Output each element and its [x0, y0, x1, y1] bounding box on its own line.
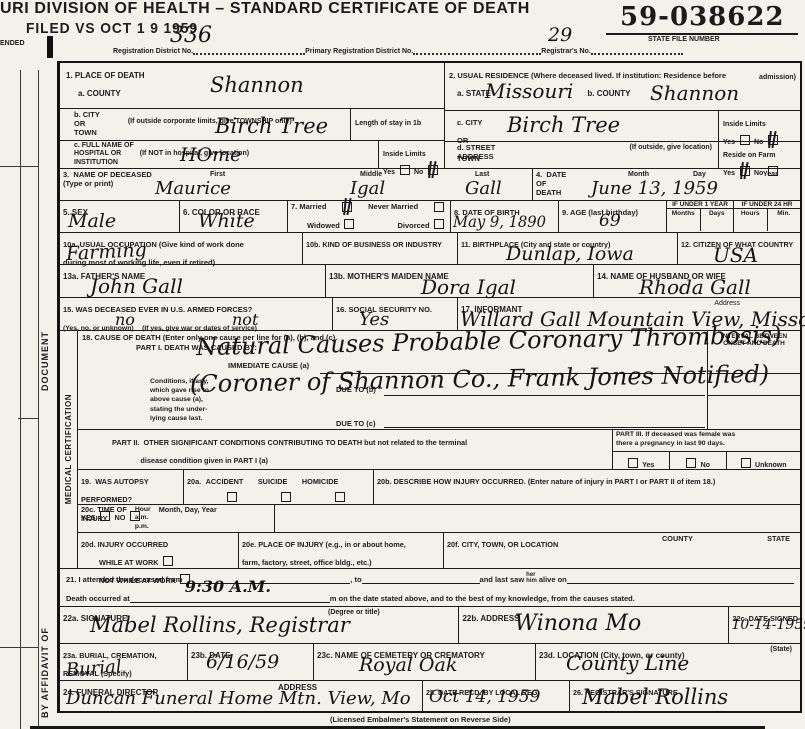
injury-state-label: STATE	[767, 535, 790, 544]
autopsy-title: 19. WAS AUTOPSY PERFORMED?	[81, 477, 149, 504]
checkbox-pregnancy-unknown[interactable]	[741, 458, 751, 468]
embalmer-note: (Licensed Embalmer's Statement on Revers…	[330, 715, 511, 724]
last-name-value: Gall	[465, 180, 502, 198]
birthplace-value: Dunlap, Iowa	[506, 245, 634, 264]
margin-bar	[47, 36, 53, 58]
middle-name-value: Igal	[350, 180, 385, 198]
hour-ampm-label: Hour a.m. p.m.	[135, 506, 151, 532]
margin-line-outer	[20, 70, 21, 729]
registrar-no-label: Registrar's No.	[541, 48, 591, 55]
margin-line-inner	[38, 70, 39, 729]
district-number-handwritten: 336	[170, 25, 212, 47]
section-sex: 5. SEX Male	[60, 201, 180, 232]
her-him-label: herhim	[526, 573, 537, 584]
section-attended: 21. I attended the deceased from , to an…	[60, 569, 800, 606]
divorced-label: Divorced	[397, 221, 429, 230]
place-of-death-title: 1. PLACE OF DEATH	[66, 71, 145, 80]
residence-city-value: Birch Tree	[507, 115, 620, 136]
section-registrar-signature: 26. REGISTRAR'S SIGNATURE Mabel Rollins	[570, 681, 800, 711]
state-file-underline	[606, 33, 798, 35]
armed-forces-title: 15. WAS DECEASED EVER IN U.S. ARMED FORC…	[63, 305, 252, 314]
sig-address-title: 22b. ADDRESS	[462, 614, 519, 623]
row-autopsy-injury: 19. WAS AUTOPSY PERFORMED? YES NO 20a. A…	[78, 470, 800, 505]
primary-district-blank	[413, 45, 541, 55]
section-burial: 23a. BURIAL, CREMATION, REMOVAL (Specify…	[60, 644, 188, 680]
section-birthplace: 11. BIRTHPLACE (City and state or countr…	[458, 233, 678, 264]
dod-month-label: Month	[628, 171, 649, 178]
section-burial-date: 23b. DATE 6/16/59	[188, 644, 314, 680]
registrar-signature-value: Mabel Rollins	[582, 687, 728, 708]
section-date-signed: 22c. DATE SIGNED 10-14-1959	[729, 607, 800, 643]
while-at-work-label: WHILE AT WORK	[99, 558, 159, 567]
section-how-injury: 20b. DESCRIBE HOW INJURY OCCURRED. (Ente…	[374, 470, 800, 504]
row-attended: 21. I attended the deceased from , to an…	[60, 569, 800, 607]
attended-from-label: 21. I attended the deceased from	[66, 575, 182, 584]
reg-district-label: Registration District No.	[113, 48, 193, 55]
informant-address-label: Address	[714, 300, 740, 307]
row-parents: 13a. FATHER'S NAME John Gall 13b. MOTHER…	[60, 265, 800, 298]
section-accident-suicide-homicide: 20a. ACCIDENT SUICIDE HOMICIDE	[184, 470, 374, 504]
section-age: 9. AGE (last birthday) 69	[559, 201, 667, 232]
section-part3: PART III. If deceased was female was the…	[613, 430, 800, 469]
alive-on-blank	[567, 574, 794, 584]
margin-tick-3	[0, 647, 38, 648]
injury-occurred-label: 20d. INJURY OCCURRED	[81, 540, 168, 549]
checkbox-while-at-work[interactable]	[163, 556, 173, 566]
row-name-dod: 3. NAME OF DECEASED (Type or print) Firs…	[60, 169, 800, 201]
date-received-value: Oct 14, 1959	[429, 689, 540, 706]
armed-forces-v2: not	[232, 312, 258, 328]
primary-district-label: Primary Registration District No.	[305, 48, 413, 55]
section-time-of-injury: 20c. TIME OF INJURY Hour a.m. p.m. Month…	[78, 505, 275, 532]
section-under-1-year: IF UNDER 1 YEAR Months Days	[667, 201, 734, 232]
section-part2: PART II. OTHER SIGNIFICANT CONDITIONS CO…	[78, 430, 613, 469]
attended-to-blank	[362, 574, 480, 584]
section-date-of-death: 4. DATE OF DEATH Month Day Year June 13,…	[533, 169, 800, 200]
section-place-of-injury: 20e. PLACE OF INJURY (e.g., in or about …	[239, 533, 444, 568]
place-hospital-label: c. FULL NAME OF HOSPITAL OR INSTITUTION	[74, 142, 134, 167]
section-date-received: 25. DATE RECD. BY LOCAL REG. Oct 14, 195…	[423, 681, 570, 711]
medical-certification-label: MEDICAL CERTIFICATION	[64, 394, 73, 504]
place-county-value: Shannon	[210, 75, 304, 96]
residence-county-value: Shannon	[650, 83, 739, 103]
never-married-label: Never Married	[368, 202, 418, 212]
row-injury-location: 20d. INJURY OCCURRED WHILE AT WORK NOT W…	[78, 533, 800, 569]
place-hospital-value: HOme	[180, 146, 241, 165]
sex-value: Male	[68, 212, 116, 231]
under-24-hr-label: IF UNDER 24 HR	[734, 201, 800, 209]
funeral-director-value: Duncan Funeral Home Mtn. View, Mo	[66, 690, 411, 708]
section-injury-city: 20f. CITY, TOWN, OR LOCATION COUNTY STAT…	[444, 533, 800, 568]
signature-value: Mabel Rollins, Registrar	[90, 615, 350, 636]
section-under-24-hr: IF UNDER 24 HR Hours Min.	[734, 201, 800, 232]
dod-title: 4. DATE OF DEATH	[536, 170, 566, 197]
section-time-injury-blank	[275, 505, 800, 532]
ssn-value: Yes	[359, 311, 389, 329]
certificate-title: URI DIVISION OF HEALTH – STANDARD CERTIF…	[0, 0, 600, 18]
residence-state-value: Missouri	[485, 81, 573, 101]
widowed-label: Widowed	[307, 221, 340, 230]
days-label: Days	[701, 209, 734, 231]
section-cemetery-location: 23d. LOCATION (City, town, or county) (S…	[536, 644, 800, 680]
pregnancy-unknown-label: Unknown	[755, 462, 787, 469]
industry-title: 10b. KIND OF BUSINESS OR INDUSTRY	[306, 240, 442, 249]
age-value: 69	[599, 213, 621, 230]
checkbox-divorced[interactable]	[434, 219, 444, 229]
residence-title2: admission)	[759, 74, 796, 81]
reside-on-farm-label: Reside on Farm	[723, 152, 776, 159]
part2-title: PART II. OTHER SIGNIFICANT CONDITIONS CO…	[112, 438, 467, 465]
death-time-value: 9:30 A.M.	[185, 579, 271, 595]
margin-tick-1	[0, 166, 38, 167]
row-burial: 23a. BURIAL, CREMATION, REMOVAL (Specify…	[60, 644, 800, 681]
pregnancy-yes-label: Yes	[642, 462, 654, 469]
section-name-of-deceased: 3. NAME OF DECEASED (Type or print) Firs…	[60, 169, 533, 200]
date-signed-value: 10-14-1959	[731, 618, 805, 632]
how-injury-title: 20b. DESCRIBE HOW INJURY OCCURRED. (Ente…	[377, 477, 715, 486]
months-label: Months	[667, 209, 701, 231]
section-sig-address: 22b. ADDRESS Winona Mo	[459, 607, 729, 643]
registrar-no-blank	[591, 45, 683, 55]
certificate-form: MEDICAL CERTIFICATION 1. PLACE OF DEATH …	[57, 61, 802, 713]
death-occurred-rest: m on the date stated above, and to the b…	[330, 594, 635, 603]
last-label: Last	[475, 171, 489, 178]
row-occupation: 10a. USUAL OCCUPATION (Give kind of work…	[60, 233, 800, 265]
first-label: First	[210, 171, 225, 178]
death-occurred-label: Death occurred at	[66, 594, 130, 603]
margin-affidavit-label: BY AFFIDAVIT OF	[40, 606, 50, 718]
checkbox-married[interactable]	[342, 202, 352, 212]
section-cemetery: 23c. NAME OF CEMETERY OR CREMATORY Royal…	[314, 644, 536, 680]
section-industry: 10b. KIND OF BUSINESS OR INDUSTRY	[303, 233, 458, 264]
place-county-label: a. COUNTY	[78, 89, 121, 98]
row-part2-part3: PART II. OTHER SIGNIFICANT CONDITIONS CO…	[78, 430, 800, 470]
residence-county-label: b. COUNTY	[587, 89, 630, 98]
registrar-number-handwritten: 29	[548, 26, 572, 45]
section-armed-forces: 15. WAS DECEASED EVER IN U.S. ARMED FORC…	[60, 298, 333, 330]
injury-city-title: 20f. CITY, TOWN, OR LOCATION	[447, 540, 558, 549]
burial-date-value: 6/16/59	[206, 653, 279, 672]
armed-forces-v1: no	[115, 312, 135, 328]
checkbox-widowed[interactable]	[344, 219, 354, 229]
accident-label: ACCIDENT	[206, 477, 244, 486]
attended-to-label: , to	[350, 575, 361, 584]
name-title: 3. NAME OF DECEASED (Type or print)	[63, 170, 152, 188]
death-time-blank: 9:30 A.M.	[130, 593, 330, 603]
row-sex-age: 5. SEX Male 6. COLOR OR RACE White 7. Ma…	[60, 201, 800, 233]
section-usual-residence: 2. USUAL RESIDENCE (Where deceased lived…	[445, 63, 800, 168]
amended-label: ENDED	[0, 40, 25, 47]
father-value: John Gall	[90, 276, 183, 296]
part3-title: PART III. If deceased was female was the…	[613, 430, 800, 449]
residence-street-note: (If outside, give location)	[630, 144, 712, 151]
section-dob: 8. DATE OF BIRTH May 9, 1890	[451, 201, 559, 232]
section-injury-at-work: 20d. INJURY OCCURRED WHILE AT WORK NOT W…	[78, 533, 239, 568]
interval-line-b	[708, 395, 800, 396]
checkbox-pregnancy-yes[interactable]	[628, 458, 638, 468]
row-signature: 22a. SIGNATURE (Degree or title) Mabel R…	[60, 607, 800, 644]
first-name-value: Maurice	[155, 180, 231, 198]
cemetery-value: Royal Oak	[359, 656, 457, 675]
middle-label: Middle	[360, 171, 382, 178]
place-city-value: Birch Tree	[215, 116, 328, 137]
checkbox-suicide[interactable]	[281, 492, 291, 502]
checkbox-pregnancy-no[interactable]	[686, 458, 696, 468]
sig-address-value: Winona Mo	[514, 613, 641, 635]
section-cause-of-death: 18. CAUSE OF DEATH (Enter only one cause…	[78, 331, 708, 429]
last-saw-label: and last saw	[480, 575, 525, 584]
row-time-of-injury: 20c. TIME OF INJURY Hour a.m. p.m. Month…	[78, 505, 800, 533]
section-race: 6. COLOR OR RACE White	[180, 201, 288, 232]
suicide-label: SUICIDE	[258, 477, 288, 486]
dod-day-label: Day	[693, 171, 706, 178]
checkbox-never-married[interactable]	[434, 202, 444, 212]
dod-value: June 13, 1959	[591, 180, 718, 198]
row-funeral-director: 24. FUNERAL DIRECTOR ADDRESS Duncan Fune…	[60, 681, 800, 711]
burial-value: Burial	[65, 658, 122, 680]
hours-label: Hours	[734, 209, 768, 231]
pregnancy-no-label: No	[701, 462, 710, 469]
section-autopsy: 19. WAS AUTOPSY PERFORMED? YES NO	[78, 470, 184, 504]
place-of-injury-title: 20e. PLACE OF INJURY (e.g., in or about …	[242, 540, 406, 567]
month-day-year-label: Month, Day, Year	[159, 506, 217, 532]
time-injury-title: 20c. TIME OF INJURY	[81, 506, 127, 532]
section-spouse: 14. NAME OF HUSBAND OR WIFE Rhoda Gall	[594, 265, 800, 297]
row-place-residence: 1. PLACE OF DEATH a. COUNTY Shannon b. C…	[60, 63, 800, 169]
min-label: Min.	[768, 209, 801, 231]
state-file-number: 59-038622	[620, 2, 785, 32]
section-occupation: 10a. USUAL OCCUPATION (Give kind of work…	[60, 233, 303, 264]
checkbox-accident[interactable]	[227, 492, 237, 502]
injury-county-label: COUNTY	[662, 535, 693, 544]
homicide-label: HOMICIDE	[302, 477, 339, 486]
married-label: 7. Married	[291, 202, 326, 212]
race-value: White	[198, 212, 255, 231]
mother-value: Dora Igal	[421, 277, 516, 297]
section-citizen: 12. CITIZEN OF WHAT COUNTRY USA	[678, 233, 800, 264]
section-signature: 22a. SIGNATURE (Degree or title) Mabel R…	[60, 607, 459, 643]
section-marital: 7. Married Never Married Widowed Divorce…	[288, 201, 451, 232]
section-funeral-director: 24. FUNERAL DIRECTOR ADDRESS Duncan Fune…	[60, 681, 423, 711]
medical-certification-strip: MEDICAL CERTIFICATION	[60, 331, 78, 569]
residence-inside-limits-label: Inside Limits	[723, 121, 766, 128]
checkbox-homicide[interactable]	[335, 492, 345, 502]
under-1-year-label: IF UNDER 1 YEAR	[667, 201, 733, 209]
acc-num: 20a.	[187, 477, 201, 486]
alive-on-label: alive on	[539, 575, 567, 584]
dob-value: May 9, 1890	[453, 214, 546, 230]
reg-district-blank	[193, 45, 305, 55]
section-mother: 13b. MOTHER'S MAIDEN NAME Dora Igal	[326, 265, 594, 297]
row-cause-of-death: 18. CAUSE OF DEATH (Enter only one cause…	[78, 331, 800, 430]
section-father: 13a. FATHER'S NAME John Gall	[60, 265, 326, 297]
spouse-value: Rhoda Gall	[639, 277, 751, 297]
place-inside-limits-label: Inside Limits	[383, 151, 426, 158]
margin-tick-2	[18, 418, 38, 419]
due-c-label: DUE TO (c)	[336, 419, 375, 428]
margin-document-label: DOCUMENT	[40, 303, 50, 391]
dod-year-label: Year	[763, 171, 778, 178]
citizen-value: USA	[713, 245, 758, 265]
place-city-label: b. CITY OR TOWN	[74, 110, 100, 137]
length-of-stay-label: Length of stay in 1b	[355, 120, 421, 127]
cemetery-state-label: (State)	[770, 646, 792, 653]
section-ssn: 16. SOCIAL SECURITY NO. Yes	[333, 298, 458, 330]
section-place-of-death: 1. PLACE OF DEATH a. COUNTY Shannon b. C…	[60, 63, 445, 168]
residence-street-label: d. STREET ADDRESS	[457, 143, 495, 161]
state-file-label: STATE FILE NUMBER	[648, 36, 720, 43]
cause-c-line	[384, 427, 705, 428]
cause-b-line	[384, 395, 705, 396]
cemetery-location-value: County Line	[566, 653, 689, 673]
occupation-value: Farming	[66, 241, 148, 264]
